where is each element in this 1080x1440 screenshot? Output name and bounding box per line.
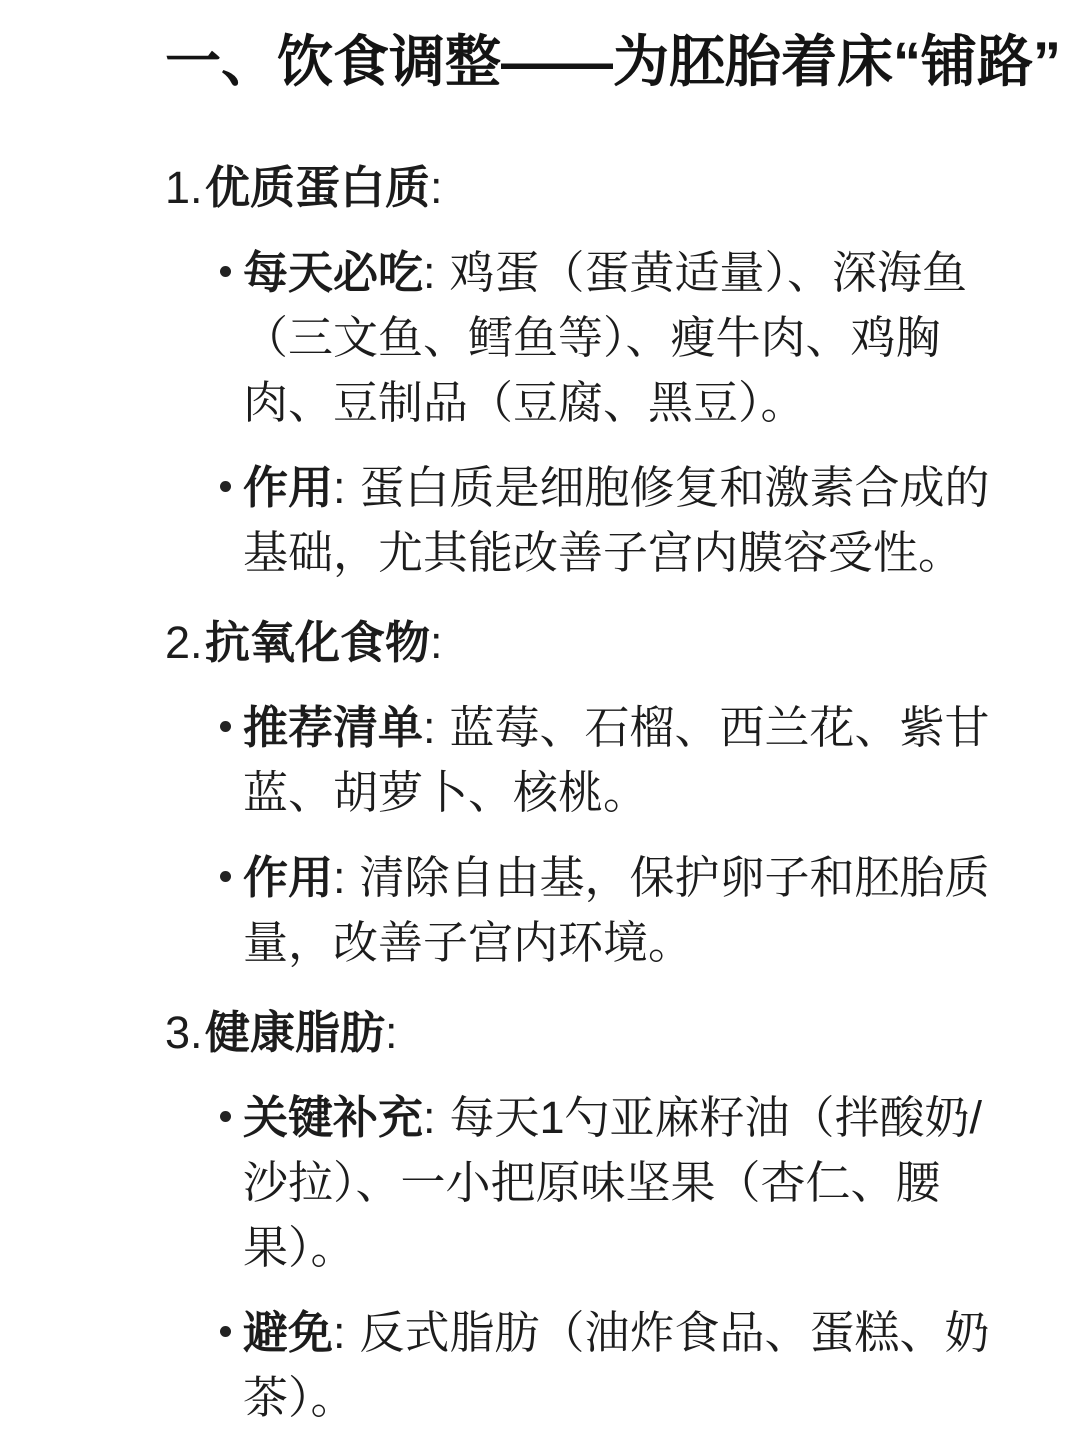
section-heading-text: 健康脂肪: <box>205 1000 412 1065</box>
section-heading: 1. 优质蛋白质: <box>165 155 1000 220</box>
bullet-label: 推荐清单 <box>243 702 423 753</box>
list-item: 推荐清单:蓝莓、石榴、西兰花、紫甘蓝、胡萝卜、核桃。 <box>165 695 1000 825</box>
bullet-colon: : <box>333 1307 346 1358</box>
document-page: 一、饮食调整——为胚胎着床“铺路” 1. 优质蛋白质: 每天必吃:鸡蛋（蛋黄适量… <box>0 0 1080 1440</box>
bullet-text: 蛋白质是细胞修复和激素合成的基础，尤其能改善子宫内膜容受性。 <box>243 462 990 578</box>
bullet-icon <box>220 481 231 492</box>
section-colon: : <box>430 162 443 213</box>
bullet-label: 避免 <box>243 1307 333 1358</box>
section-heading-text: 优质蛋白质: <box>205 155 457 220</box>
section-number: 1. <box>165 155 205 220</box>
section-label: 抗氧化食物 <box>205 617 430 668</box>
bullet-icon <box>220 1111 231 1122</box>
bullet-label: 每天必吃 <box>243 247 423 298</box>
list-item: 作用:清除自由基，保护卵子和胚胎质量，改善子宫内环境。 <box>165 845 1000 975</box>
bullet-list: 关键补充:每天1勺亚麻籽油（拌酸奶/沙拉）、一小把原味坚果（杏仁、腰果）。 避免… <box>165 1085 1000 1430</box>
bullet-colon: : <box>423 702 436 753</box>
bullet-colon: : <box>333 852 346 903</box>
section-number: 3. <box>165 1000 205 1065</box>
section-heading: 2. 抗氧化食物: <box>165 610 1000 675</box>
list-item: 作用:蛋白质是细胞修复和激素合成的基础，尤其能改善子宫内膜容受性。 <box>165 455 1000 585</box>
section-heading: 3. 健康脂肪: <box>165 1000 1000 1065</box>
bullet-icon <box>220 871 231 882</box>
bullet-list: 推荐清单:蓝莓、石榴、西兰花、紫甘蓝、胡萝卜、核桃。 作用:清除自由基，保护卵子… <box>165 695 1000 975</box>
section-heading-text: 抗氧化食物: <box>205 610 457 675</box>
section-colon: : <box>385 1007 398 1058</box>
bullet-text: 反式脂肪（油炸食品、蛋糕、奶茶）。 <box>243 1307 990 1423</box>
page-title: 一、饮食调整——为胚胎着床“铺路” <box>165 28 1000 95</box>
section-number: 2. <box>165 610 205 675</box>
bullet-icon <box>220 1326 231 1337</box>
section-label: 优质蛋白质 <box>205 162 430 213</box>
list-item: 每天必吃:鸡蛋（蛋黄适量）、深海鱼（三文鱼、鳕鱼等）、瘦牛肉、鸡胸肉、豆制品（豆… <box>165 240 1000 435</box>
section-colon: : <box>430 617 443 668</box>
section-label: 健康脂肪 <box>205 1007 385 1058</box>
bullet-colon: : <box>423 1092 436 1143</box>
section-antioxidant: 2. 抗氧化食物: 推荐清单:蓝莓、石榴、西兰花、紫甘蓝、胡萝卜、核桃。 作用:… <box>165 610 1000 975</box>
bullet-colon: : <box>333 462 346 513</box>
bullet-label: 关键补充 <box>243 1092 423 1143</box>
list-item: 关键补充:每天1勺亚麻籽油（拌酸奶/沙拉）、一小把原味坚果（杏仁、腰果）。 <box>165 1085 1000 1280</box>
section-protein: 1. 优质蛋白质: 每天必吃:鸡蛋（蛋黄适量）、深海鱼（三文鱼、鳕鱼等）、瘦牛肉… <box>165 155 1000 585</box>
bullet-text: 清除自由基，保护卵子和胚胎质量，改善子宫内环境。 <box>243 852 990 968</box>
bullet-label: 作用 <box>243 462 333 513</box>
section-healthy-fat: 3. 健康脂肪: 关键补充:每天1勺亚麻籽油（拌酸奶/沙拉）、一小把原味坚果（杏… <box>165 1000 1000 1430</box>
bullet-icon <box>220 721 231 732</box>
list-item: 避免:反式脂肪（油炸食品、蛋糕、奶茶）。 <box>165 1300 1000 1430</box>
bullet-icon <box>220 266 231 277</box>
bullet-colon: : <box>423 247 436 298</box>
bullet-list: 每天必吃:鸡蛋（蛋黄适量）、深海鱼（三文鱼、鳕鱼等）、瘦牛肉、鸡胸肉、豆制品（豆… <box>165 240 1000 585</box>
bullet-label: 作用 <box>243 852 333 903</box>
